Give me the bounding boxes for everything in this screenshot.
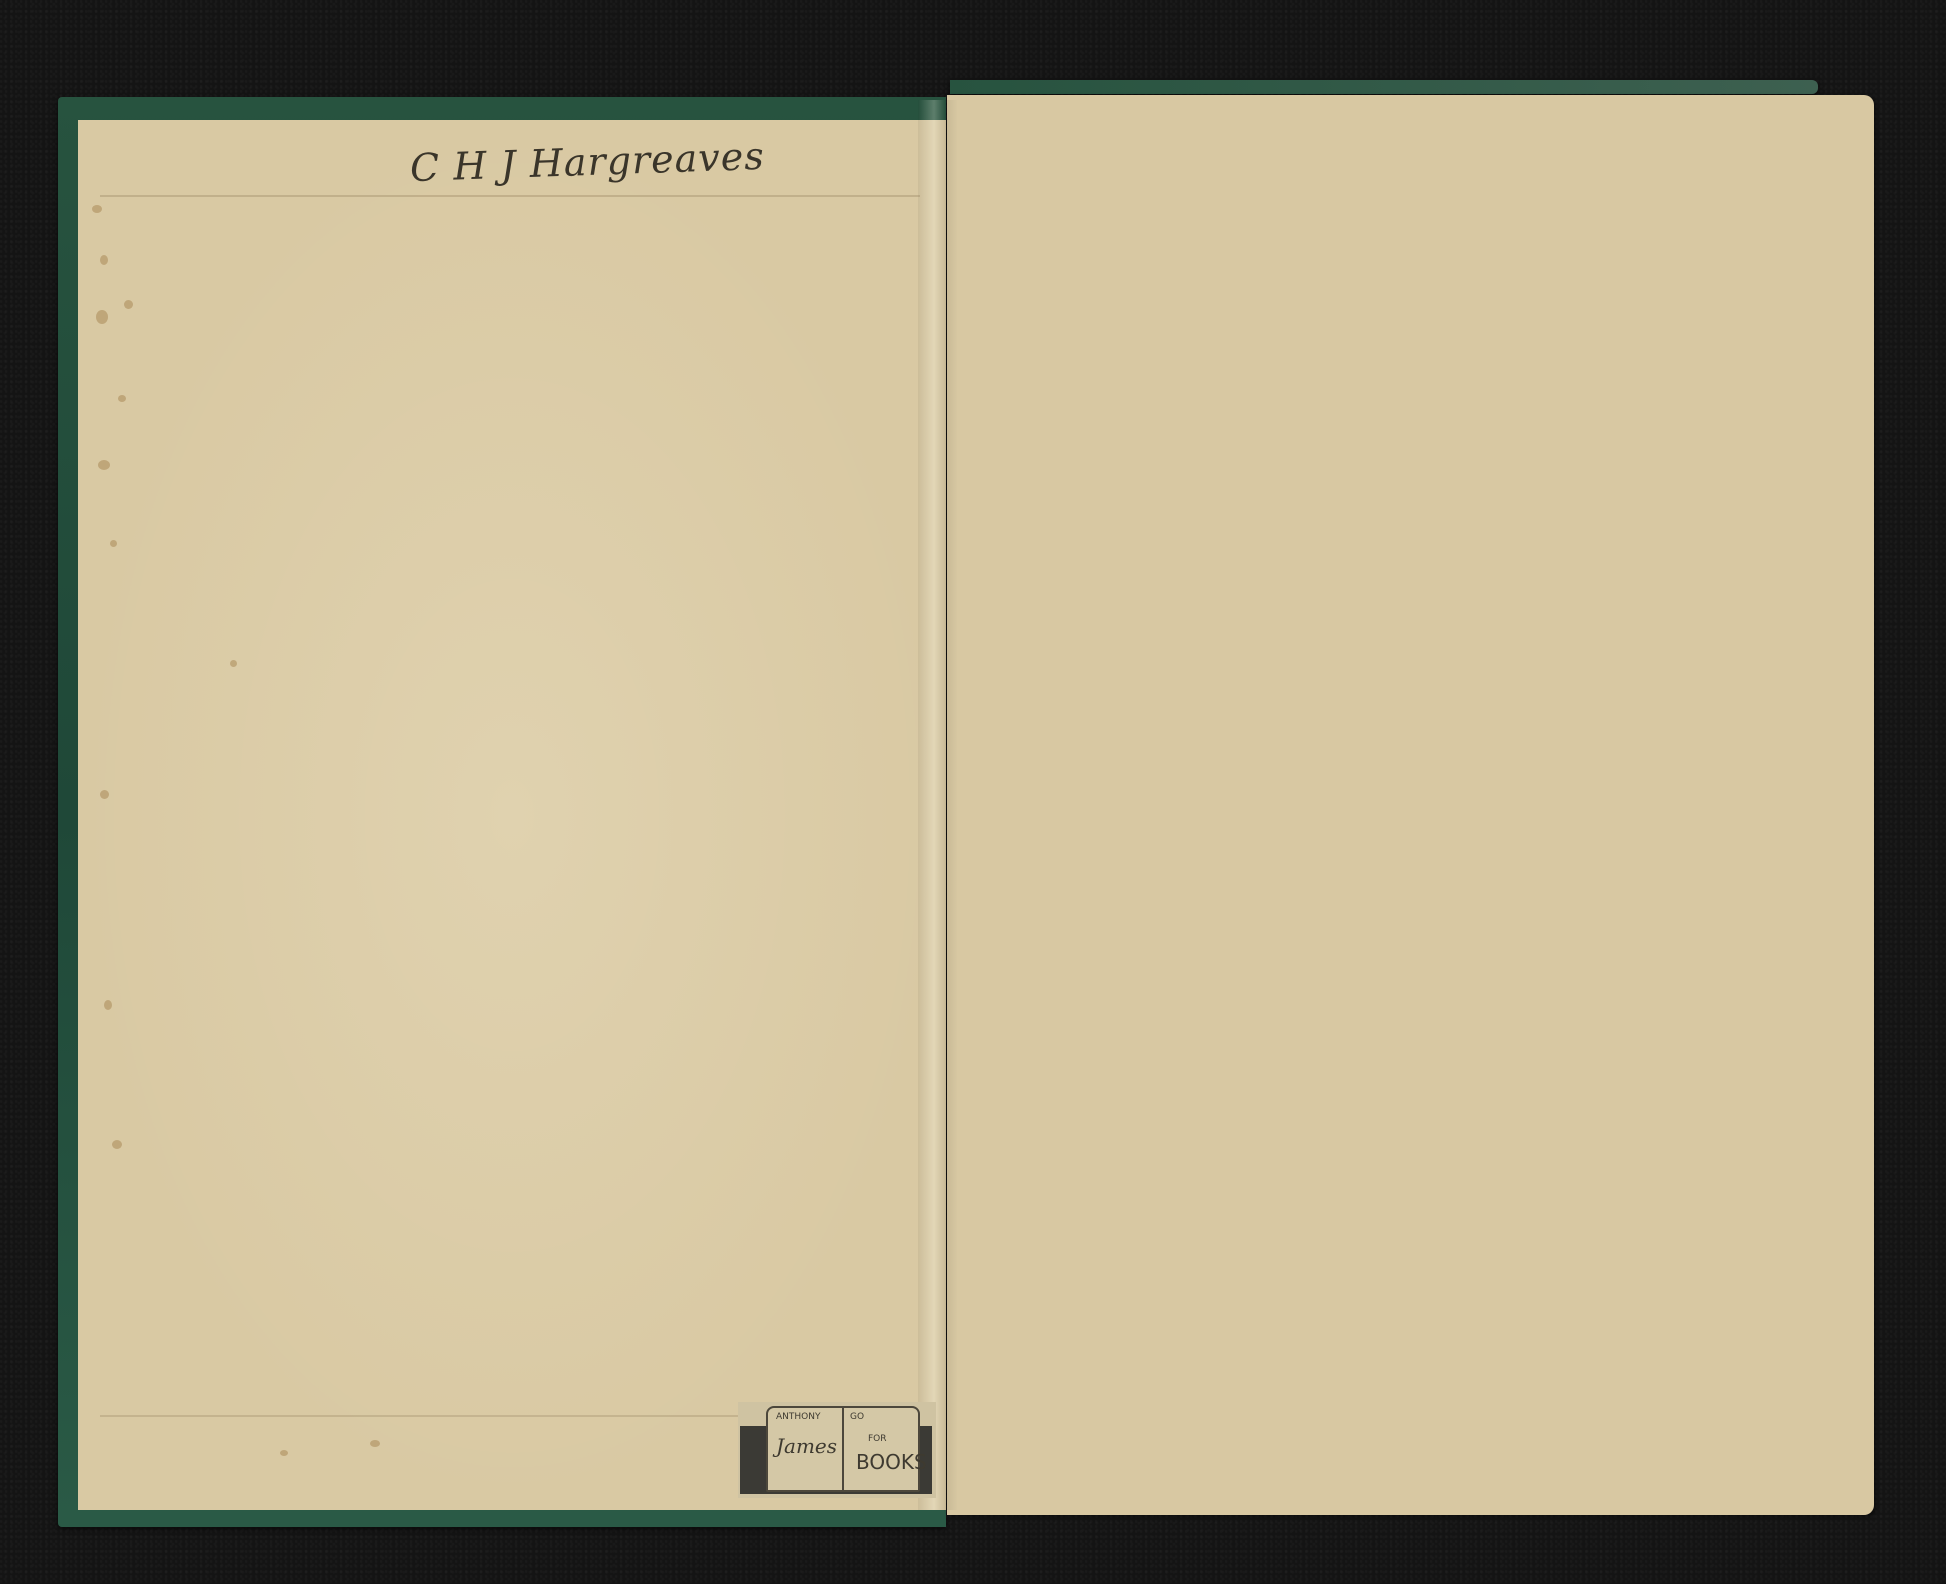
foxing-spot [124,300,133,309]
foxing-spot [96,310,108,324]
free-endpaper-page [947,95,1874,1515]
foxing-spot [100,790,109,799]
ticket-text-go: GO [850,1412,864,1422]
foxing-spot [112,1140,122,1149]
ticket-text-books: BOOKS [856,1450,927,1474]
foxing-spot [92,205,102,213]
open-book-spine [842,1408,844,1490]
book-hinge [918,100,958,1510]
foxing-spot [118,395,126,402]
bookseller-ticket: ANTHONY GO James FOR BOOKS [738,1402,936,1498]
foxing-spot [280,1450,288,1456]
book-rear-cover-edge [950,80,1818,94]
foxing-spot [100,255,108,265]
ticket-text-script: James [776,1434,837,1458]
foxing-spot [98,460,110,470]
front-pastedown-page [78,120,946,1510]
open-book-icon: ANTHONY GO James FOR BOOKS [766,1406,920,1492]
pastedown-turn-in-line-top [100,195,920,197]
foxing-spot [230,660,237,667]
ticket-text-for: FOR [868,1434,887,1444]
foxing-spot [110,540,117,547]
foxing-spot [104,1000,112,1010]
foxing-spot [370,1440,380,1447]
ticket-text-anthony: ANTHONY [776,1412,820,1422]
